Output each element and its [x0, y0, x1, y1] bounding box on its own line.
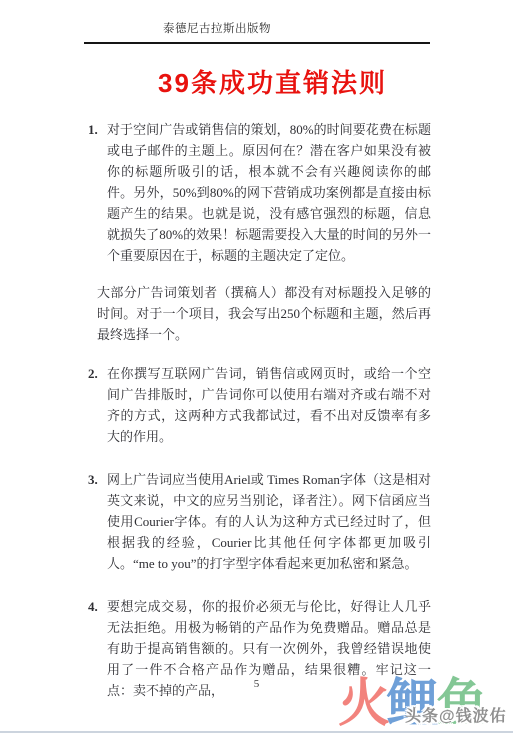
header-rule	[84, 42, 430, 44]
numbered-list: 1. 对于空间广告或销售信的策划，80%的时间要花费在标题或电子邮件的主题上。原…	[88, 119, 431, 701]
watermark-fire-char: 火	[338, 675, 387, 733]
list-item-number: 2.	[88, 363, 107, 447]
list-item: 3. 网上广告词应当使用Ariel或 Times Roman字体（这是相对英文来…	[88, 469, 431, 574]
bottom-rule	[0, 731, 513, 733]
list-item: 1. 对于空间广告或销售信的策划，80%的时间要花费在标题或电子邮件的主题上。原…	[88, 119, 431, 266]
document-page: 泰德尼古拉斯出版物 39条成功直销法则 1. 对于空间广告或销售信的策划，80%…	[0, 0, 513, 734]
note-paragraph: 大部分广告词策划者（撰稿人）都没有对标题投入足够的时间。对于一个项目，我会写出2…	[97, 282, 431, 345]
watermark-author-handle: 头条@钱波佑	[405, 703, 507, 726]
list-item: 2. 在你撰写互联网广告词，销售信或网页时，或给一个空间广告排版时，广告词你可以…	[88, 363, 431, 447]
list-item-text: 网上广告词应当使用Ariel或 Times Roman字体（这是相对英文来说，中…	[107, 469, 431, 574]
list-item-number: 3.	[88, 469, 107, 574]
list-item-number: 1.	[88, 119, 107, 266]
list-item-text: 在你撰写互联网广告词，销售信或网页时，或给一个空间广告排版时，广告词你可以使用右…	[107, 363, 431, 447]
page-title: 39条成功直销法则	[16, 63, 513, 100]
running-head: 泰德尼古拉斯出版物	[0, 20, 434, 36]
list-item-text: 对于空间广告或销售信的策划，80%的时间要花费在标题或电子邮件的主题上。原因何在…	[107, 119, 431, 266]
